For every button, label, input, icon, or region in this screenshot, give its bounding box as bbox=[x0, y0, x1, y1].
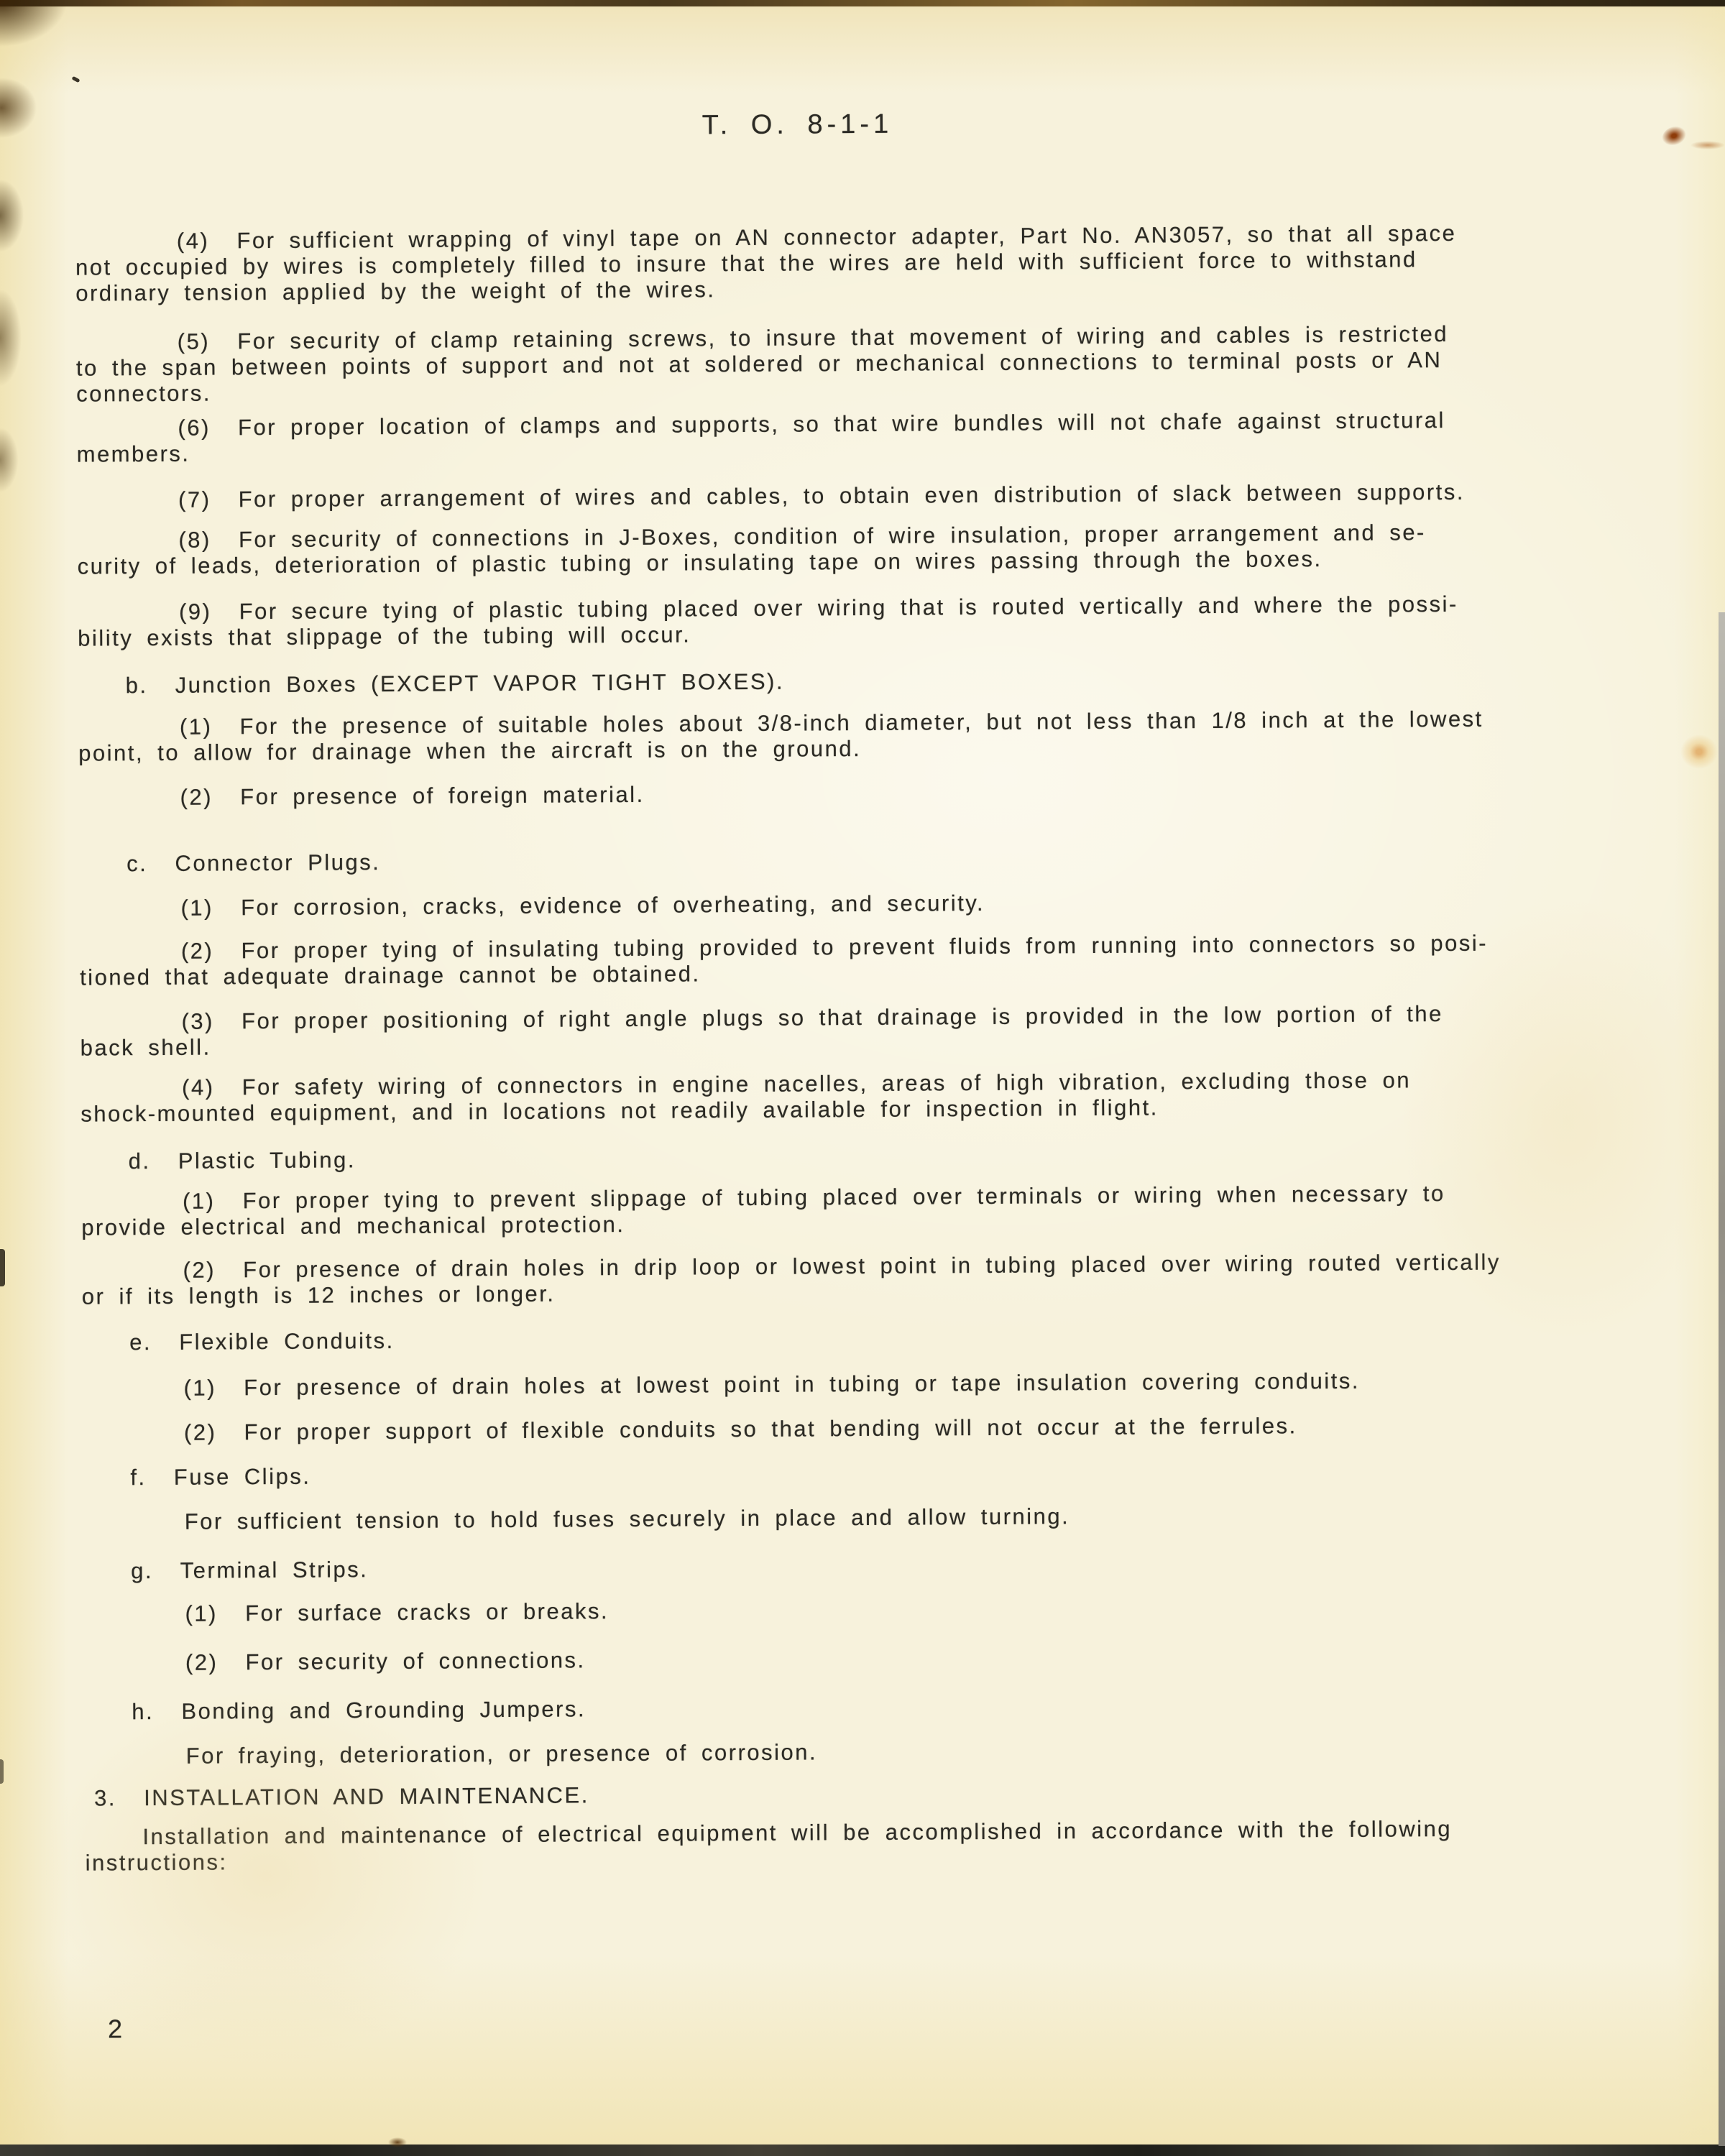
paragraph-5: (5) For security of clamp retaining scre… bbox=[76, 320, 1629, 407]
paragraph-9: (9) For secure tying of plastic tubing p… bbox=[78, 590, 1630, 651]
rust-stain-smear bbox=[1690, 141, 1725, 149]
item-g-heading: g. Terminal Strips. bbox=[131, 1549, 1683, 1584]
paragraph-4: (4) For sufficient wrapping of vinyl tap… bbox=[75, 219, 1629, 306]
scan-edge-bottom bbox=[0, 2145, 1725, 2156]
item-g-2: (2) For security of connections. bbox=[84, 1641, 1637, 1676]
item-b-1: (1) For the presence of suitable holes a… bbox=[78, 705, 1631, 766]
faint-stain-spot bbox=[1680, 734, 1718, 769]
item-f-heading: f. Fuse Clips. bbox=[130, 1455, 1683, 1491]
item-c-4: (4) For safety wiring of connectors in e… bbox=[80, 1066, 1633, 1127]
paper-stain-right bbox=[1402, 898, 1725, 1344]
item-b-2: (2) For presence of foreign material. bbox=[78, 775, 1631, 811]
item-f-body: For sufficient tension to hold fuses sec… bbox=[185, 1500, 1725, 1535]
item-c-3: (3) For proper positioning of right angl… bbox=[80, 1000, 1632, 1061]
item-c-heading: c. Connector Plugs. bbox=[126, 842, 1679, 877]
item-g-1: (1) For surface cracks or breaks. bbox=[83, 1592, 1636, 1627]
item-b-heading: b. Junction Boxes (EXCEPT VAPOR TIGHT BO… bbox=[126, 663, 1678, 699]
paragraph-8: (8) For security of connections in J-Box… bbox=[77, 518, 1629, 579]
item-c-2: (2) For proper tying of insulating tubin… bbox=[80, 929, 1632, 990]
scan-edge-right bbox=[1719, 612, 1725, 2146]
left-edge-mark bbox=[0, 1249, 5, 1286]
item-e-2: (2) For proper support of flexible condu… bbox=[83, 1411, 1635, 1446]
scanned-document-page: T. O. 8-1-1 (4) For sufficient wrapping … bbox=[0, 0, 1725, 2156]
item-c-1: (1) For corrosion, cracks, evidence of o… bbox=[79, 886, 1632, 921]
paragraph-7: (7) For proper arrangement of wires and … bbox=[77, 478, 1629, 513]
running-header: T. O. 8-1-1 bbox=[0, 105, 1601, 146]
paper-stain-bottom-left bbox=[43, 1689, 489, 2063]
burn-mark-top-left bbox=[0, 0, 230, 561]
paragraph-6: (6) For proper location of clamps and su… bbox=[76, 406, 1629, 467]
left-edge-mark-small bbox=[0, 1759, 4, 1784]
scan-edge-top bbox=[0, 0, 1725, 6]
item-e-1: (1) For presence of drain holes at lowes… bbox=[83, 1366, 1635, 1401]
